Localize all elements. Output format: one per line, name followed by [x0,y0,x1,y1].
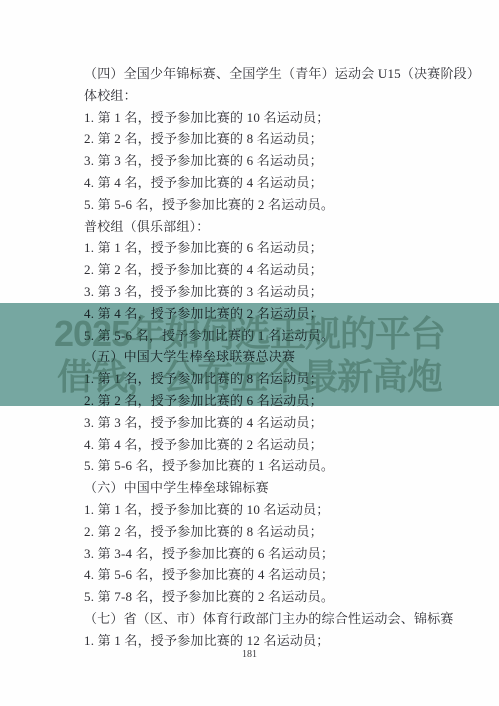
document-page: （四）全国少年锦标赛、全国学生（青年）运动会 U15（决赛阶段）体校组：1. 第… [0,0,499,706]
document-line: 4. 第 4 名，授予参加比赛的 2 名运动员； [84,434,454,456]
document-line: 3. 第 3-4 名，授予参加比赛的 6 名运动员； [84,543,454,565]
document-line: （六）中国中学生棒垒球锦标赛 [84,477,454,499]
document-line: 2. 第 2 名，授予参加比赛的 8 名运动员； [84,521,454,543]
document-line: 体校组： [84,85,454,107]
document-line: 1. 第 1 名，授予参加比赛的 10 名运动员； [84,107,454,129]
document-line: 1. 第 1 名，授予参加比赛的 10 名运动员； [84,499,454,521]
document-line: 3. 第 3 名，授予参加比赛的 4 名运动员； [84,412,454,434]
document-line: 5. 第 7-8 名，授予参加比赛的 2 名运动员。 [84,586,454,608]
document-line: 4. 第 5-6 名，授予参加比赛的 4 名运动员； [84,564,454,586]
document-line: 2. 第 2 名，授予参加比赛的 8 名运动员； [84,128,454,150]
document-line: （四）全国少年锦标赛、全国学生（青年）运动会 U15（决赛阶段） [84,63,454,85]
page-number: 181 [0,648,499,662]
watermark-band [0,303,499,406]
document-line: 5. 第 5-6 名，授予参加比赛的 2 名运动员。 [84,194,454,216]
document-line: 4. 第 4 名，授予参加比赛的 4 名运动员； [84,172,454,194]
document-line: 3. 第 3 名，授予参加比赛的 3 名运动员； [84,281,454,303]
document-line: 3. 第 3 名，授予参加比赛的 6 名运动员； [84,150,454,172]
document-line: 普校组（俱乐部组）： [84,216,454,238]
document-line: 1. 第 1 名，授予参加比赛的 6 名运动员； [84,237,454,259]
document-line: 2. 第 2 名，授予参加比赛的 4 名运动员； [84,259,454,281]
document-line: （七）省（区、市）体育行政部门主办的综合性运动会、锦标赛 [84,608,454,630]
document-line: 5. 第 5-6 名，授予参加比赛的 1 名运动员。 [84,455,454,477]
